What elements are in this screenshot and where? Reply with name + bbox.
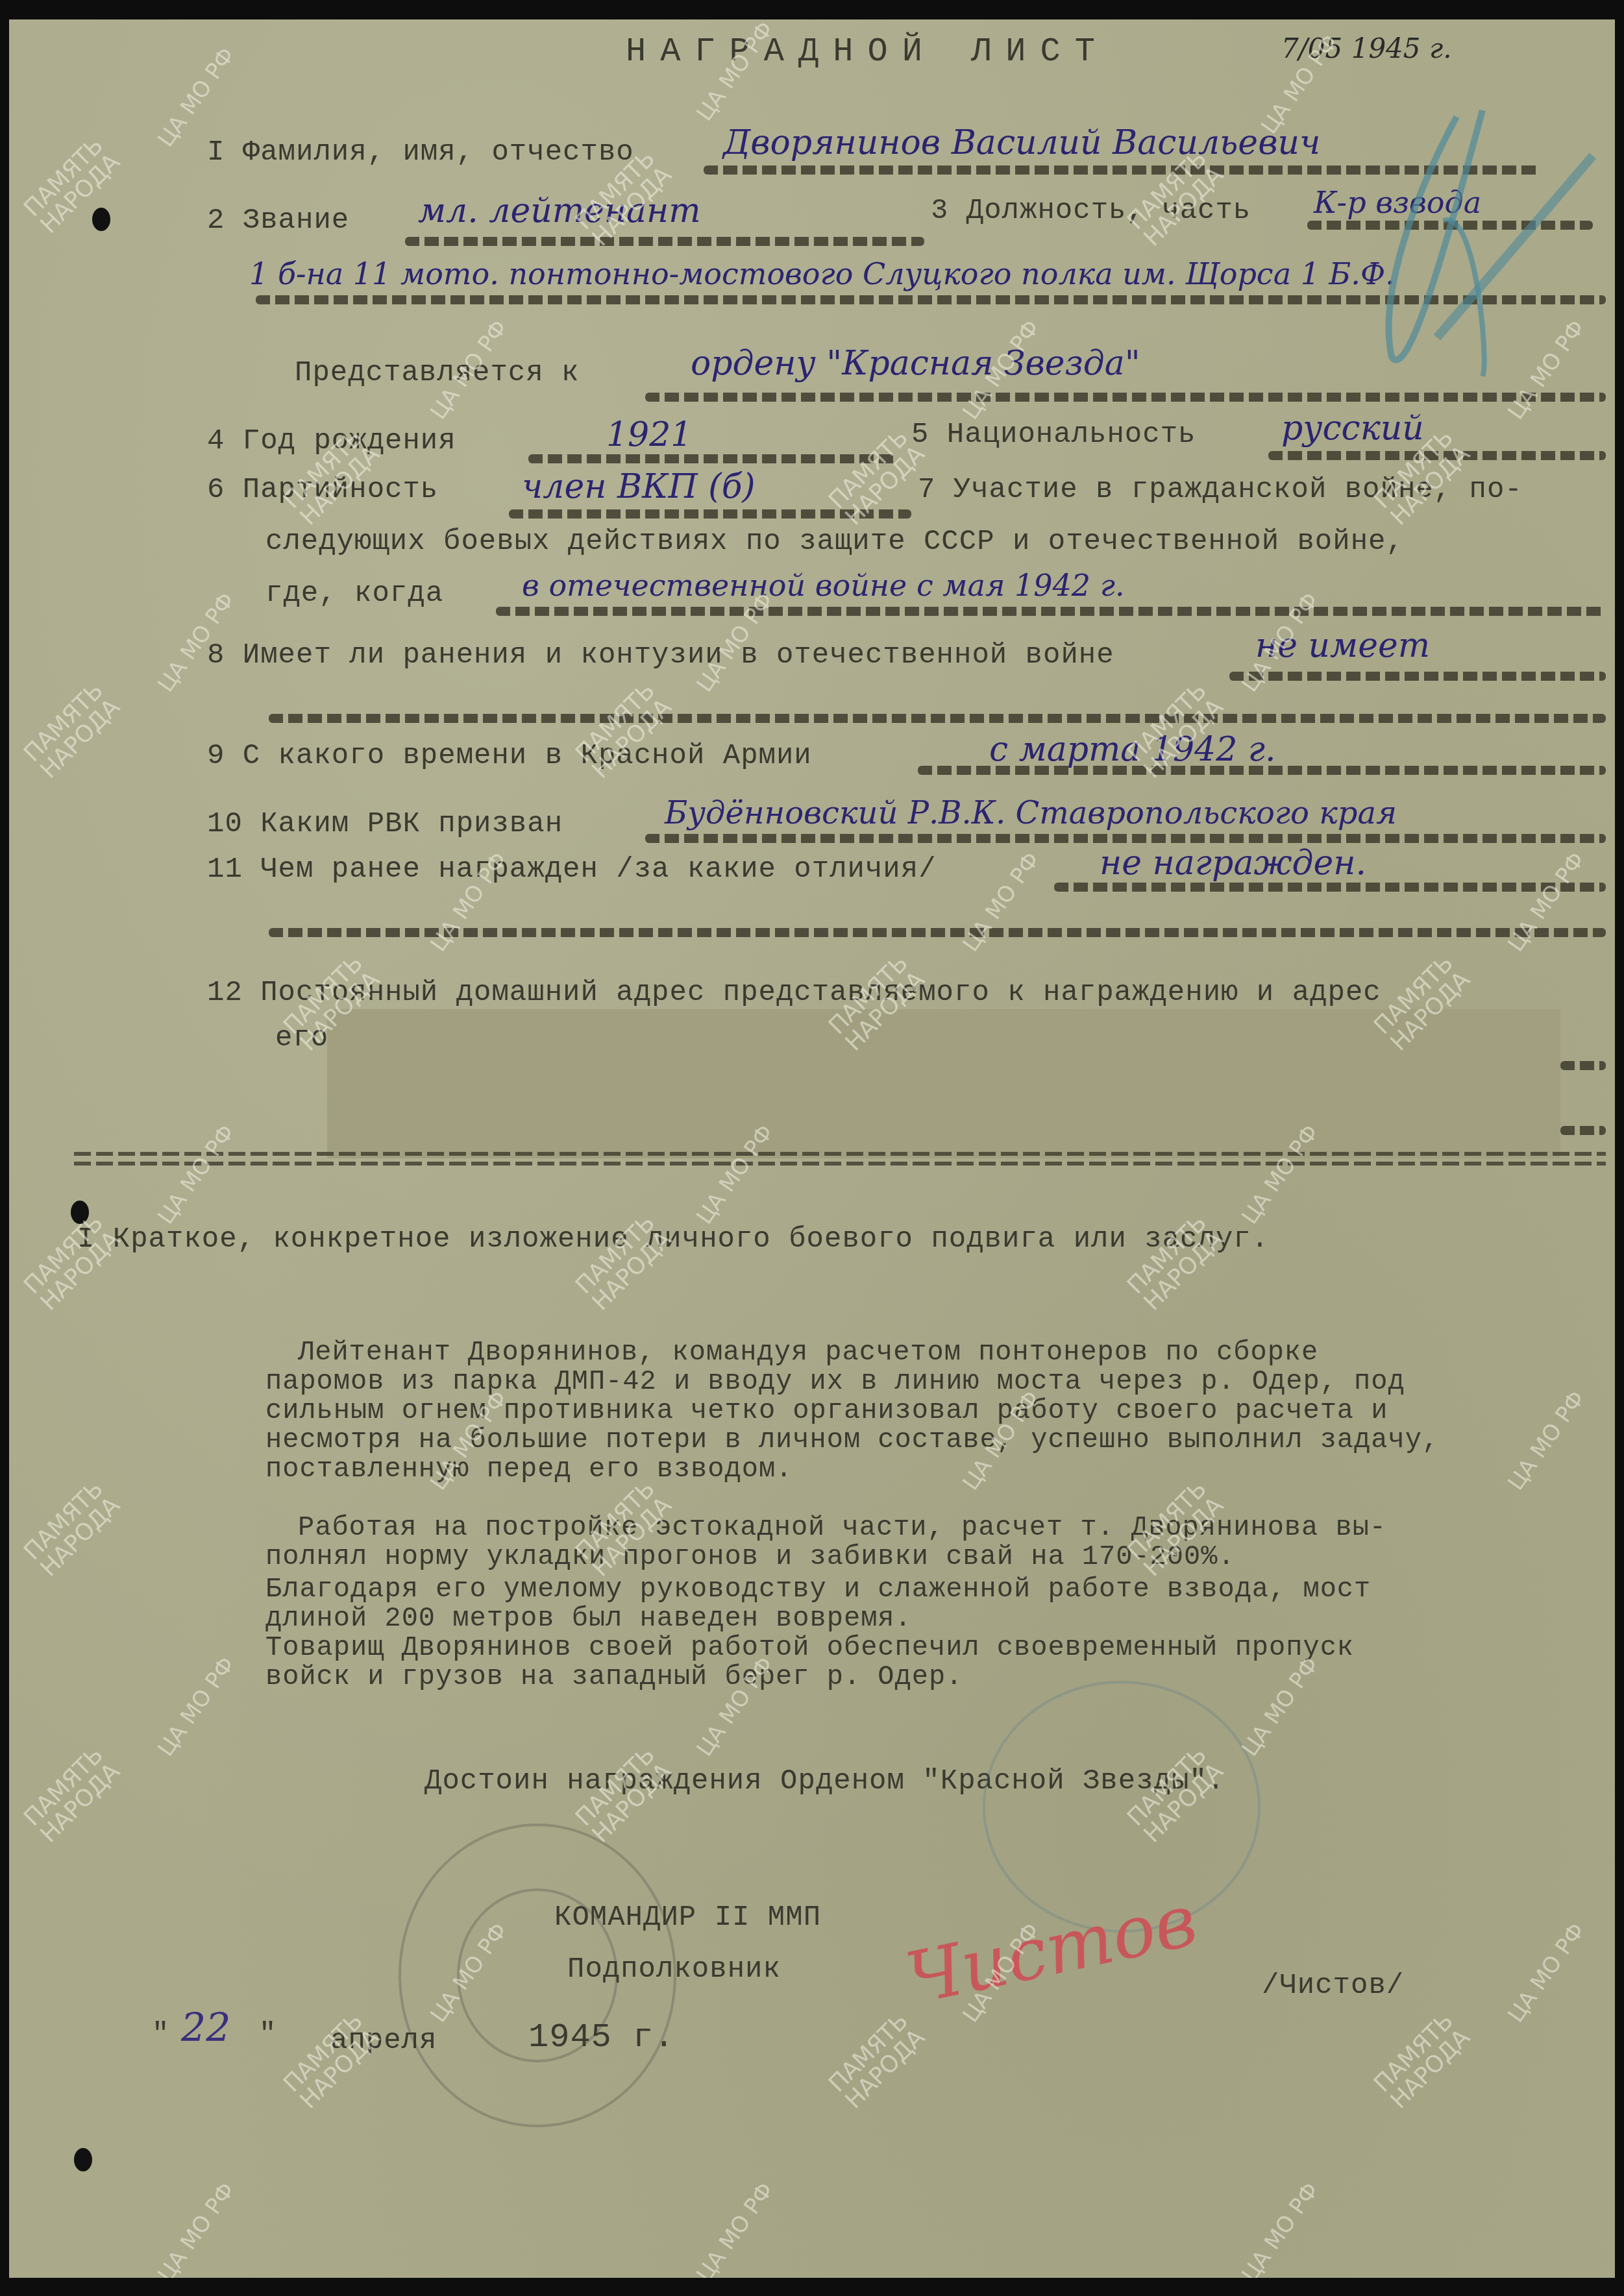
award-label: Представляется к [295,357,579,389]
award-value: ордену "Красная Звезда" [691,344,1140,383]
field-7-value: в отечественной войне с мая 1942 г. [522,568,1125,603]
watermark-project: ПАМЯТЬ НАРОДА [20,1743,124,1847]
underline [645,834,1606,843]
double-rule-bottom [74,1162,1606,1166]
field-5-value: русский [1281,409,1424,448]
date-year: 1945 г. [528,2018,674,2057]
field-5-label: 5 Национальность [911,419,1196,451]
field-7-label-3: где, когда [265,578,443,610]
signatory-name: /Чистов/ [1262,1970,1404,2002]
signatory-rank: Подполковник [567,1953,781,1986]
award-sheet: НАГРАДНОЙ ЛИСТ 7/05 1945 г. I Фамилия, и… [9,19,1615,2278]
section-2-heading: I Краткое, конкретное изложение личного … [77,1223,1269,1256]
punch-hole [92,208,110,231]
date-day: 22 [181,2005,230,2051]
narrative-line: Товарищ Дворянинов своей работой обеспеч… [265,1632,1354,1663]
field-12-label: 12 Постоянный домашний адрес представляе… [207,977,1381,1009]
field-10-label: 10 Каким РВК призван [207,808,563,840]
narrative-line: сильным огнем противника четко организов… [265,1395,1388,1426]
underline [496,607,1606,616]
watermark-archive: ЦА МО РФ [153,2178,240,2278]
document-title: НАГРАДНОЙ ЛИСТ [626,32,1109,71]
watermark-archive: ЦА МО РФ [1236,1652,1323,1761]
watermark-archive: ЦА МО РФ [957,848,1044,957]
field-3-value-cont: 1 б-на 11 мото. понтонно-мостового Слуцк… [249,256,1395,291]
watermark-archive: ЦА МО РФ [153,1652,240,1761]
date-close-quote: " [259,2018,277,2051]
double-rule-top [74,1152,1606,1156]
redacted-address [327,1009,1560,1158]
underline [645,393,1606,402]
narrative-line: поставленную перед его взводом. [265,1454,793,1485]
field-1-label: I Фамилия, имя, отчество [207,136,634,169]
underline [1560,1061,1606,1070]
watermark-project: ПАМЯТЬ НАРОДА [1370,2009,1474,2113]
field-10-value: Будённовский Р.В.К. Ставропольского края [665,795,1397,831]
field-8-label: 8 Имеет ли ранения и контузии в отечеств… [207,639,1114,672]
narrative-line: войск и грузов на западный берег р. Одер… [265,1661,963,1692]
field-11-value: не награжден. [1100,844,1366,883]
underline [405,237,924,246]
watermark-archive: ЦА МО РФ [1503,1386,1590,1495]
signatory-title: КОМАНДИР II ММП [554,1901,821,1934]
underline [1229,672,1606,681]
narrative-line: Работая на постройке эстокадной части, р… [298,1512,1386,1543]
watermark-project: ПАМЯТЬ НАРОДА [20,1477,124,1581]
field-11-label: 11 Чем ранее награжден /за какие отличия… [207,853,937,886]
underline [269,928,1606,937]
watermark-archive: ЦА МО РФ [691,2178,778,2278]
narrative-line: несмотря на большие потери в личном сост… [265,1424,1439,1456]
watermark-archive: ЦА МО РФ [1503,1918,1590,2027]
watermark-archive: ЦА МО РФ [153,43,240,152]
underline [269,714,1606,723]
narrative-line: Благодаря его умелому руководству и слаж… [265,1574,1371,1605]
narrative-line: длиной 200 метров был наведен вовремя. [265,1603,912,1634]
underline [1560,1126,1606,1135]
punch-hole [74,2148,92,2171]
narrative-line: Лейтенант Дворянинов, командуя расчетом … [298,1337,1318,1368]
field-6-value: член ВКП (б) [522,467,756,506]
underline [528,454,898,463]
field-9-label: 9 С какого времени в Красной Армии [207,740,812,772]
narrative-line: паромов из парка ДМП-42 и вводу их в лин… [265,1366,1405,1397]
watermark-archive: ЦА МО РФ [1503,848,1590,957]
underline [1054,883,1606,892]
watermark-project: ПАМЯТЬ НАРОДА [20,679,124,783]
date-open-quote: " [152,2018,169,2051]
watermark-archive: ЦА МО РФ [1236,2178,1323,2278]
underline [918,766,1606,775]
field-2-label: 2 Звание [207,204,349,237]
watermark-project: ПАМЯТЬ НАРОДА [825,2009,929,2113]
field-4-value: 1921 [606,415,692,454]
watermark-archive: ЦА МО РФ [153,1120,240,1229]
narrative-line: полнял норму укладки прогонов и забивки … [265,1541,1235,1572]
field-1-value: Дворянинов Василий Васильевич [723,123,1320,162]
field-7-label-2: следующих боевых действиях по защите ССС… [265,526,1404,558]
